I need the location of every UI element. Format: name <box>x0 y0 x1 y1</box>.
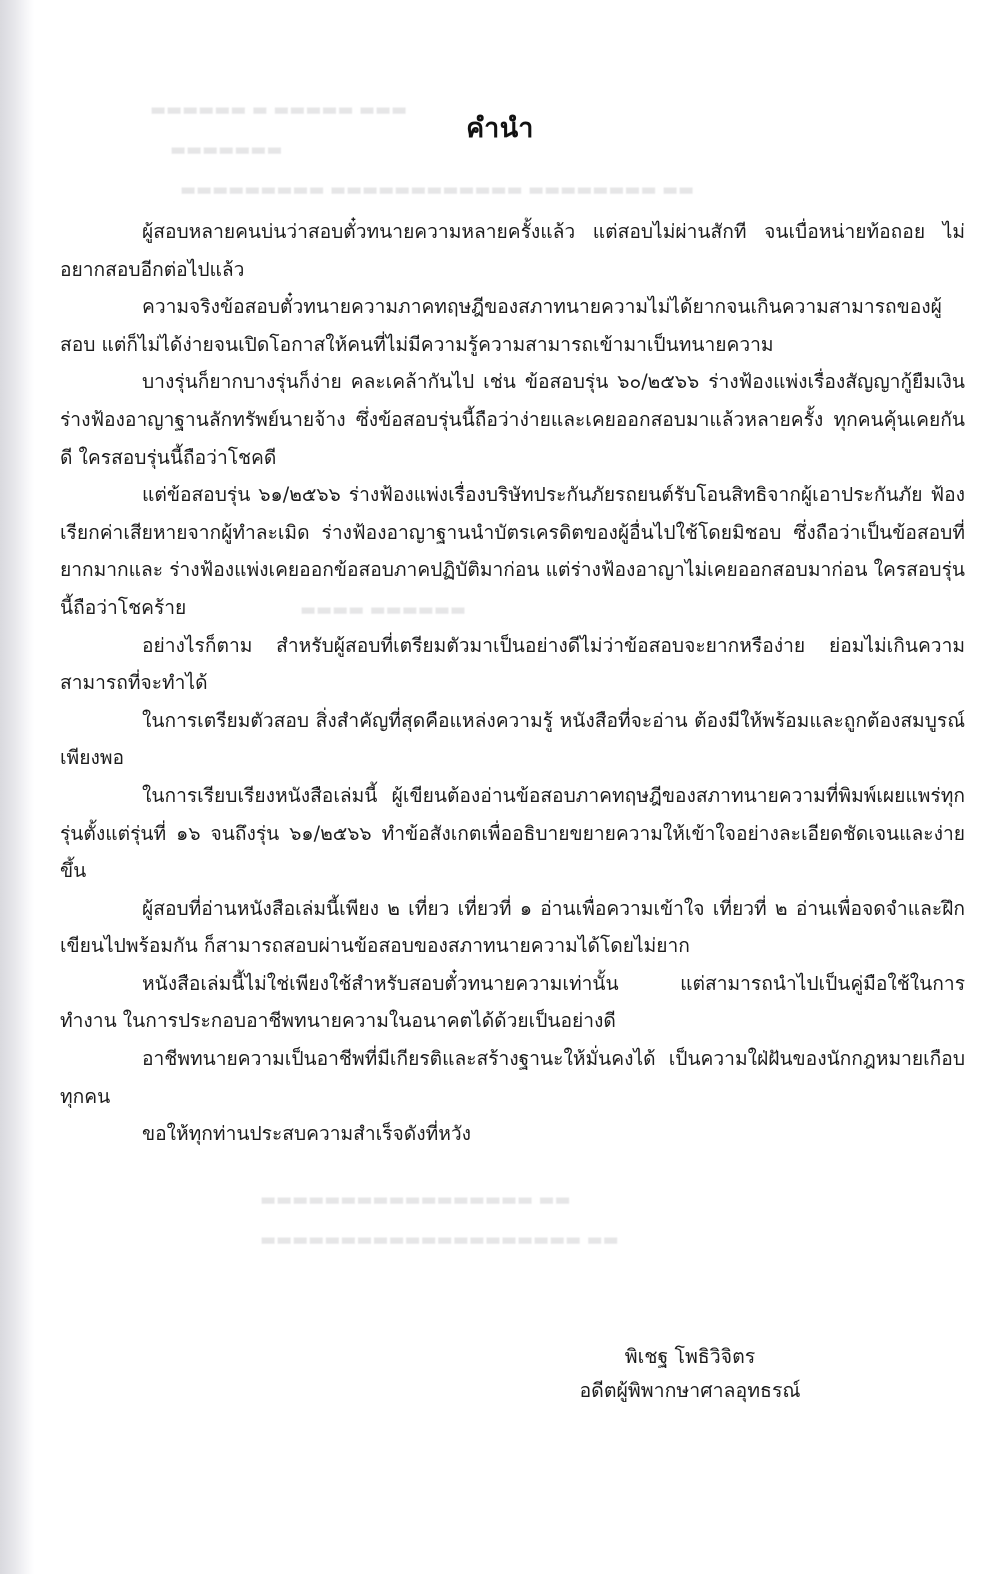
paragraph: ผู้สอบหลายคนบ่นว่าสอบตั๋วทนายความหลายครั… <box>60 213 965 288</box>
show-through-text: ▬▬ ▬▬▬▬▬▬▬▬▬▬▬▬▬▬▬▬▬▬▬▬ <box>260 1230 619 1250</box>
paragraph: ผู้สอบที่อ่านหนังสือเล่มนี้เพียง ๒ เที่ย… <box>60 890 965 965</box>
paragraph: แต่ข้อสอบรุ่น ๖๑/๒๕๖๖ ร่างฟ้องแพ่งเรื่อง… <box>60 476 965 626</box>
page-title: คำนำ <box>0 106 1000 149</box>
show-through-text: ▬▬ ▬▬▬▬▬▬▬▬▬▬▬▬▬▬▬▬▬ <box>260 1190 571 1210</box>
page-gutter-shadow <box>0 0 34 1574</box>
signature-block: พิเชฐ โพธิวิจิตร อดีตผู้พิพากษาศาลอุทธรณ… <box>540 1340 840 1408</box>
paragraph: อย่างไรก็ตาม สำหรับผู้สอบที่เตรียมตัวมาเ… <box>60 627 965 702</box>
preface-body: ผู้สอบหลายคนบ่นว่าสอบตั๋วทนายความหลายครั… <box>60 213 965 1153</box>
author-name: พิเชฐ โพธิวิจิตร <box>540 1340 840 1374</box>
author-position: อดีตผู้พิพากษาศาลอุทธรณ์ <box>540 1374 840 1408</box>
paragraph: ขอให้ทุกท่านประสบความสำเร็จดังที่หวัง <box>60 1115 965 1153</box>
show-through-text: ▬▬ ▬▬▬▬▬▬▬▬ ▬▬▬▬▬▬▬▬▬▬▬▬ ▬▬▬▬▬▬▬▬▬ <box>180 180 694 200</box>
paragraph: ในการเตรียมตัวสอบ สิ่งสำคัญที่สุดคือแหล่… <box>60 702 965 777</box>
paragraph: ความจริงข้อสอบตั๋วทนายความภาคทฤษฎีของสภา… <box>60 288 965 363</box>
paragraph: อาชีพทนายความเป็นอาชีพที่มีเกียรติและสร้… <box>60 1040 965 1115</box>
paragraph: บางรุ่นก็ยากบางรุ่นก็ง่าย คละเคล้ากันไป … <box>60 363 965 476</box>
paragraph: หนังสือเล่มนี้ไม่ใช่เพียงใช้สำหรับสอบตั๋… <box>60 965 965 1040</box>
paragraph: ในการเรียบเรียงหนังสือเล่มนี้ ผู้เขียนต้… <box>60 777 965 890</box>
